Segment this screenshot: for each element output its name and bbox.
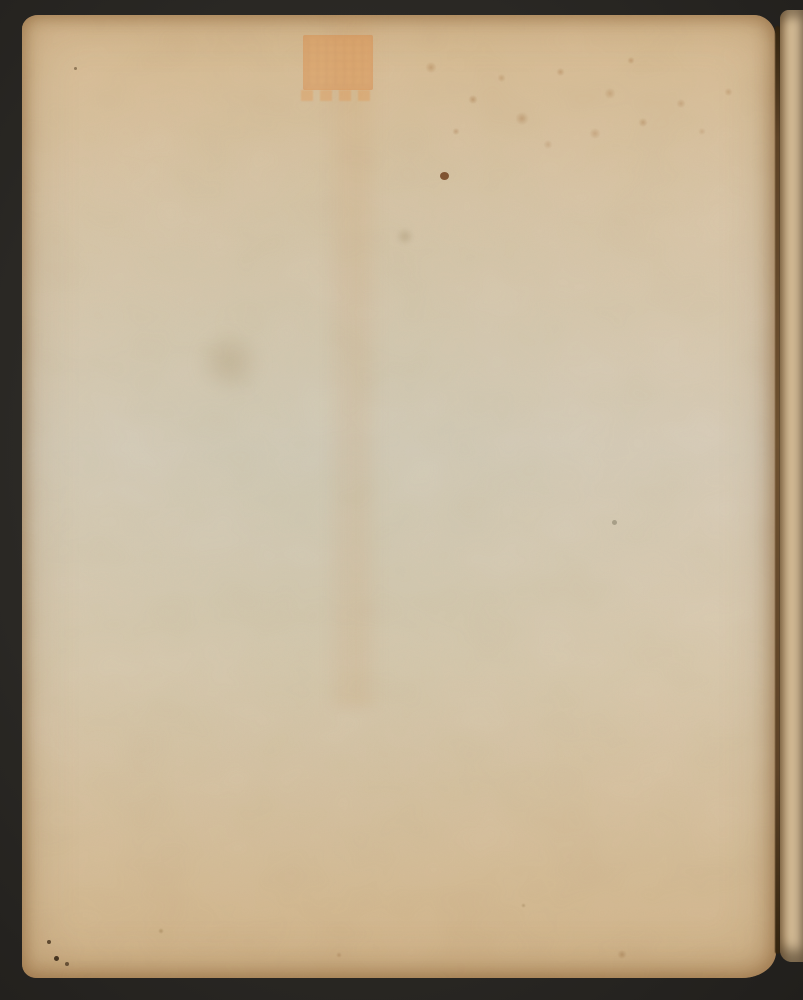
- seal-glyph-marks-icon: [307, 39, 369, 86]
- paper-texture-overlay: [22, 15, 776, 978]
- book-page: [22, 15, 776, 978]
- faded-seal-stamp: [303, 35, 373, 90]
- adjacent-page-edge: [780, 10, 803, 962]
- seal-stamp-lower-row: [301, 90, 374, 101]
- scanned-book-photo: [0, 0, 803, 1000]
